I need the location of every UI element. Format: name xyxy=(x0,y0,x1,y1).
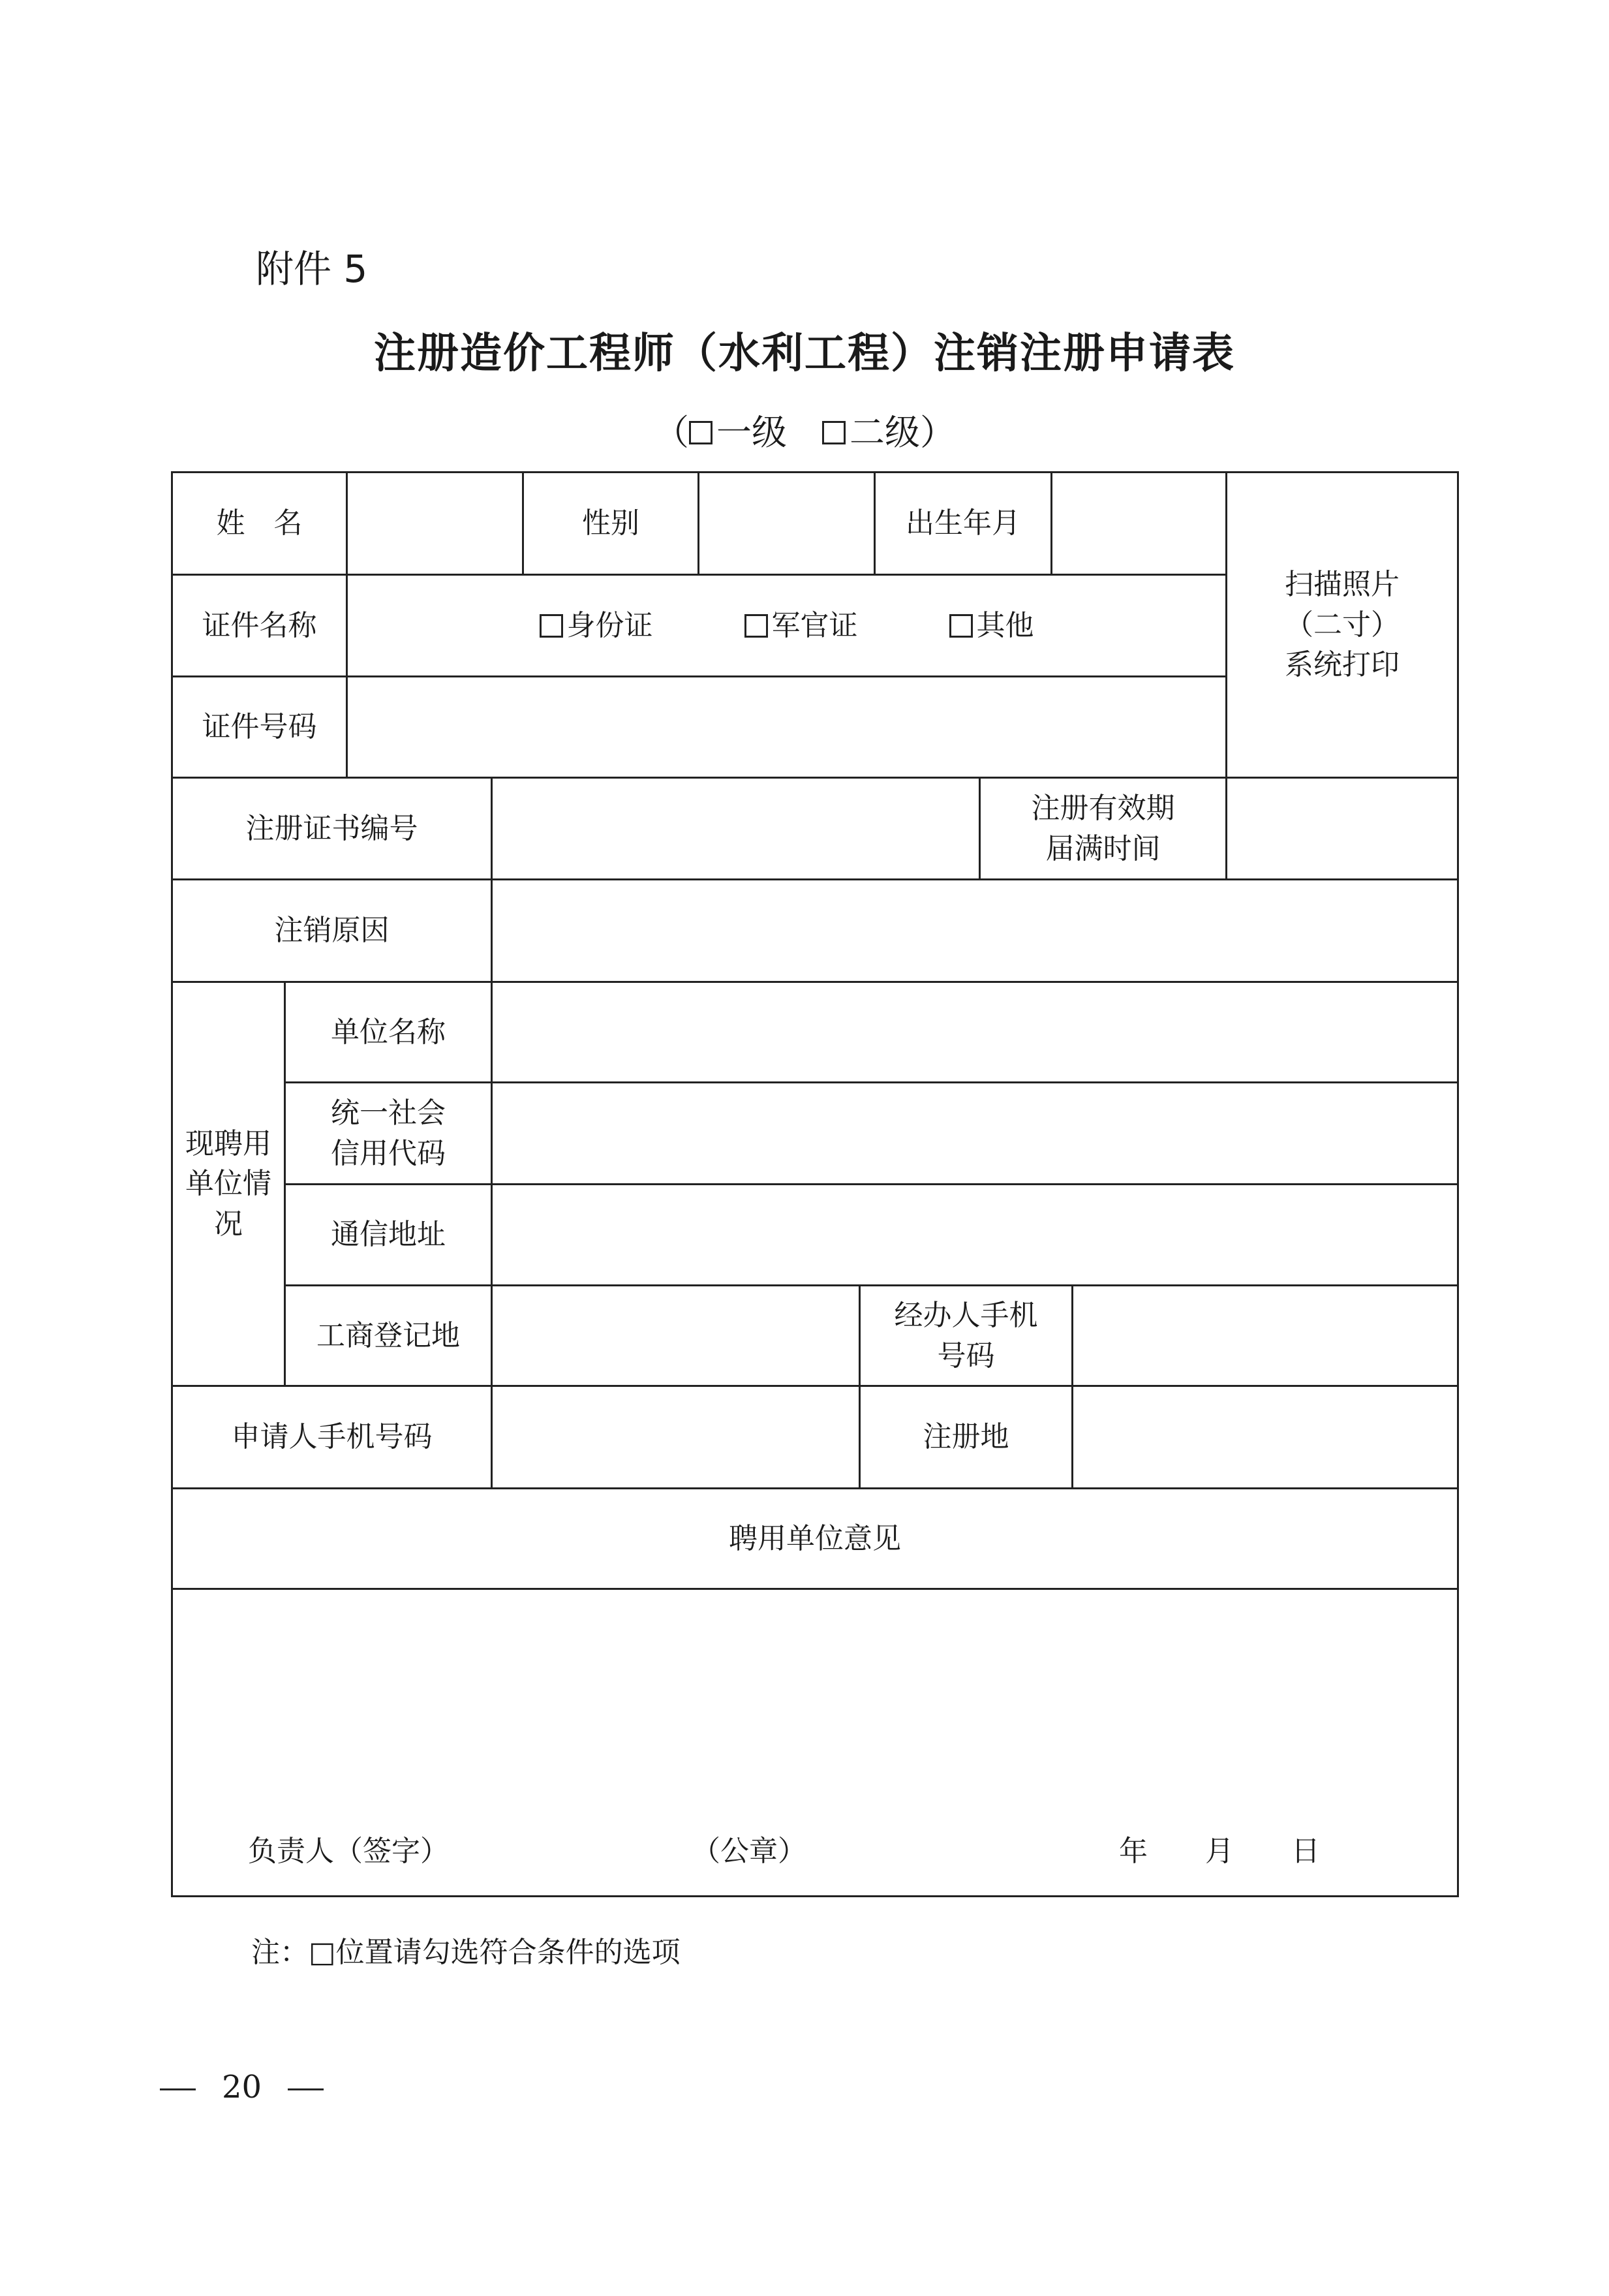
credit-code-field[interactable] xyxy=(491,1081,1459,1185)
biz-reg-field[interactable] xyxy=(491,1284,861,1387)
checkbox-icon xyxy=(744,614,768,638)
dash-right xyxy=(288,2088,324,2090)
reg-place-field[interactable] xyxy=(1071,1385,1459,1489)
birth-field[interactable] xyxy=(1050,471,1227,576)
page-number: 20 xyxy=(134,2069,350,2105)
expiry-field[interactable] xyxy=(1225,777,1459,880)
gender-field[interactable] xyxy=(697,471,876,576)
level-selector: （一级 二级） xyxy=(0,405,1609,455)
seal-label: （公章） xyxy=(692,1827,806,1869)
employer-name-label: 单位名称 xyxy=(284,981,493,1083)
cert-number-field[interactable] xyxy=(491,777,981,880)
applicant-phone-field[interactable] xyxy=(491,1385,861,1489)
agent-phone-field[interactable] xyxy=(1071,1284,1459,1387)
employer-section-label: 现聘用 单位情 况 xyxy=(171,981,286,1387)
footnote: 注：□位置请勾选符合条件的选项 xyxy=(251,1929,681,1970)
form-title: 注册造价工程师（水利工程）注销注册申请表 xyxy=(0,320,1609,380)
id-type-label: 证件名称 xyxy=(171,574,348,677)
photo-area: 扫描照片 （二寸） 系统打印 xyxy=(1225,471,1459,779)
birth-label: 出生年月 xyxy=(874,471,1052,576)
reg-place-label: 注册地 xyxy=(859,1385,1073,1489)
credit-code-label: 统一社会 信用代码 xyxy=(284,1081,493,1185)
date-label: 年 月 日 xyxy=(1119,1827,1320,1869)
reason-field[interactable] xyxy=(491,878,1459,983)
id-option-other[interactable]: 其他 xyxy=(949,606,1034,646)
checkbox-level-1[interactable] xyxy=(689,421,713,444)
address-field[interactable] xyxy=(491,1183,1459,1286)
name-field[interactable] xyxy=(346,471,524,576)
reason-label: 注销原因 xyxy=(171,878,493,983)
checkbox-level-2[interactable] xyxy=(822,421,846,444)
id-type-options: 身份证 军官证 其他 xyxy=(346,574,1227,677)
attachment-label: 附件 5 xyxy=(256,238,367,293)
address-label: 通信地址 xyxy=(284,1183,493,1286)
agent-phone-label: 经办人手机 号码 xyxy=(859,1284,1073,1387)
cert-number-label: 注册证书编号 xyxy=(171,777,493,880)
id-number-field[interactable] xyxy=(346,675,1227,779)
checkbox-icon xyxy=(540,614,563,638)
dash-left xyxy=(160,2088,196,2090)
signer-label: 负责人（签字） xyxy=(248,1827,449,1869)
id-option-officer[interactable]: 军官证 xyxy=(744,606,858,646)
employer-name-field[interactable] xyxy=(491,981,1459,1083)
gender-label: 性别 xyxy=(522,471,699,576)
applicant-phone-label: 申请人手机号码 xyxy=(171,1385,493,1489)
checkbox-icon xyxy=(949,614,973,638)
id-option-idcard[interactable]: 身份证 xyxy=(540,606,653,646)
expiry-label: 注册有效期 届满时间 xyxy=(979,777,1227,880)
name-label: 姓 名 xyxy=(171,471,348,576)
id-number-label: 证件号码 xyxy=(171,675,348,779)
biz-reg-label: 工商登记地 xyxy=(284,1284,493,1387)
opinion-label: 聘用单位意见 xyxy=(171,1487,1459,1590)
